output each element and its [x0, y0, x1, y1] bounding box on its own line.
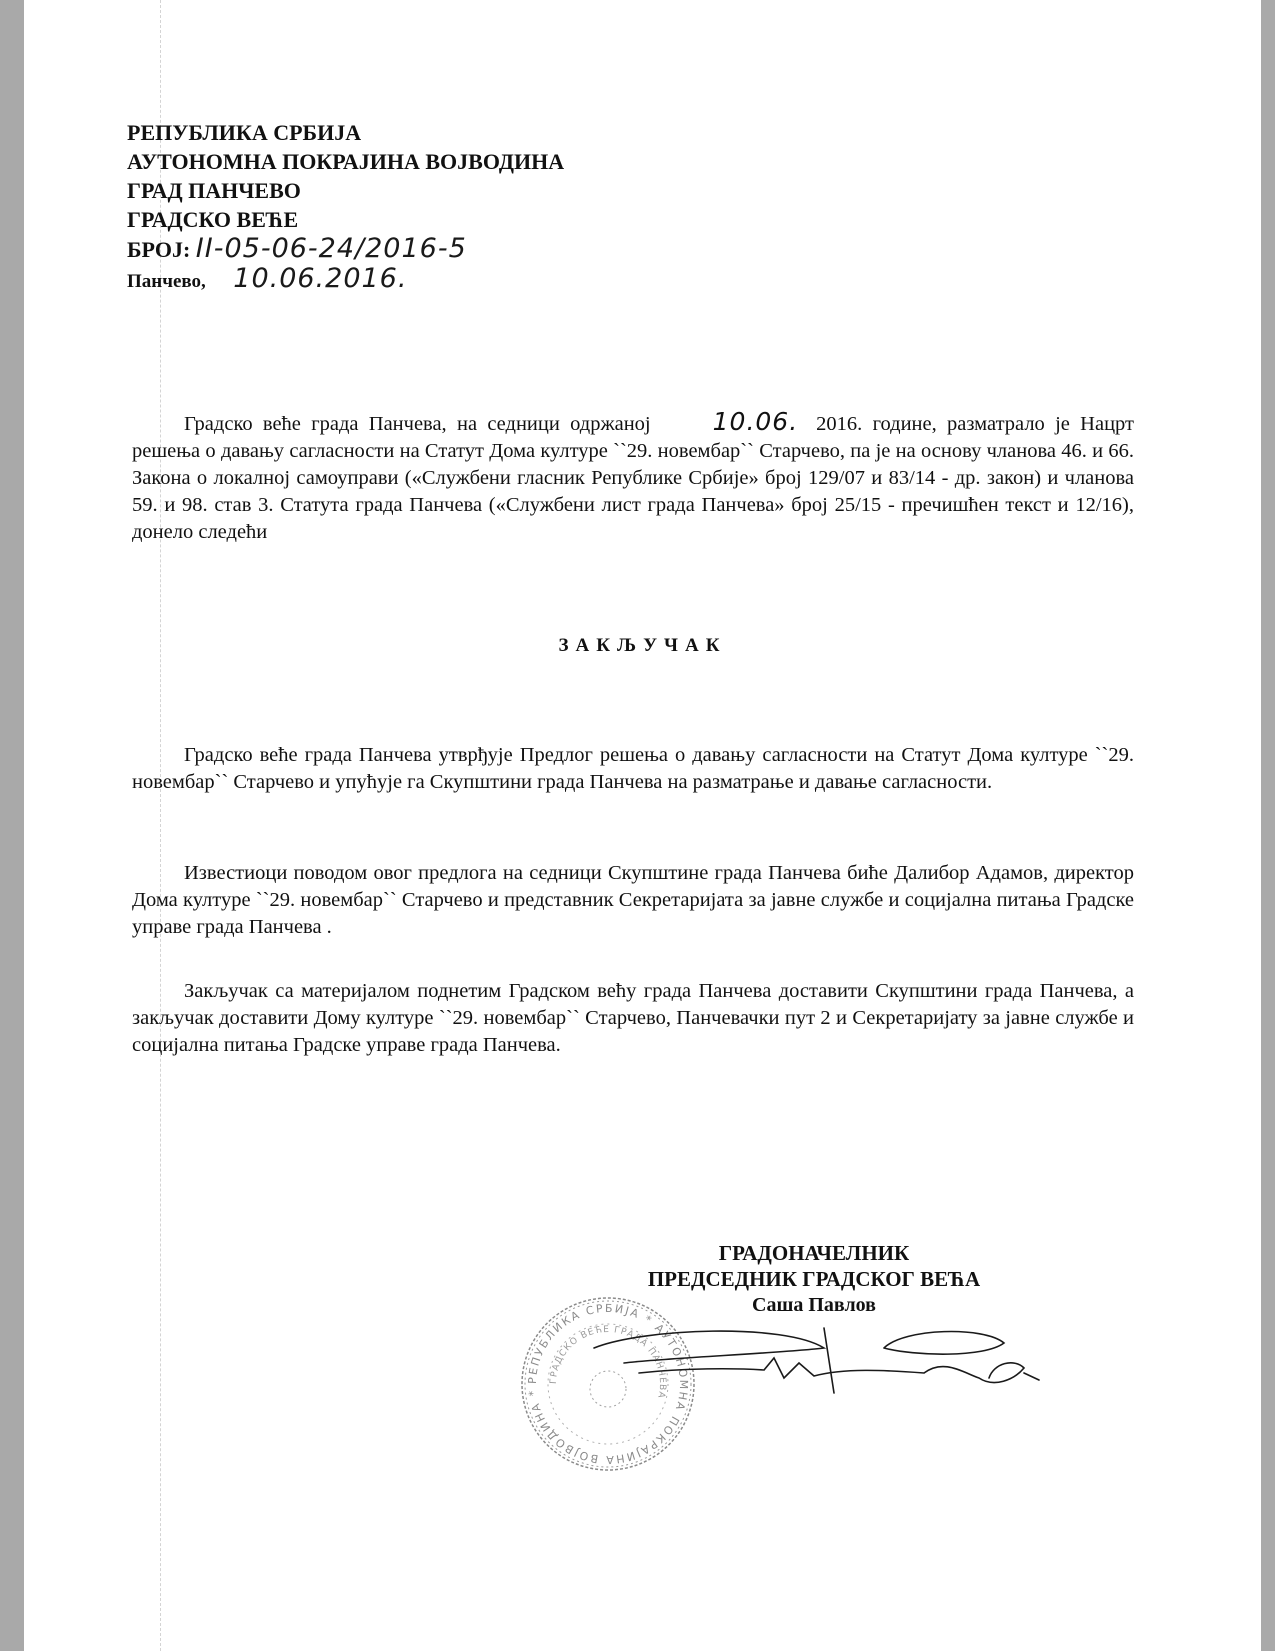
handwritten-session-date: 10.06.	[661, 408, 799, 435]
place-label: Панчево,	[127, 271, 206, 292]
signatory-title: ГРАДОНАЧЕЛНИК	[604, 1240, 1024, 1266]
paragraph-text: Закључак са материјалом поднетим Градско…	[132, 978, 1134, 1059]
letterhead-line: АУТОНОМНА ПОКРАЈИНА ВОЈВОДИНА	[127, 147, 564, 176]
document-page: РЕПУБЛИКА СРБИЈА АУТОНОМНА ПОКРАЈИНА ВОЈ…	[24, 0, 1261, 1651]
delivery-paragraph: Закључак са материјалом поднетим Градско…	[132, 978, 1134, 1059]
letterhead: РЕПУБЛИКА СРБИЈА АУТОНОМНА ПОКРАЈИНА ВОЈ…	[127, 118, 564, 296]
paragraph-text: Градско веће града Панчева утврђује Пред…	[132, 742, 1134, 796]
paragraph-text: Известиоци поводом овог предлога на седн…	[132, 860, 1134, 941]
document-title: ЗАКЉУЧАК	[24, 635, 1261, 657]
letterhead-line: ГРАД ПАНЧЕВО	[127, 176, 564, 205]
place-date: Панчево, 10.06.2016.	[127, 264, 564, 296]
intro-text-start: Градско веће града Панчева, на седници о…	[184, 413, 651, 435]
letterhead-line: РЕПУБЛИКА СРБИЈА	[127, 118, 564, 147]
handwritten-signature	[584, 1318, 1044, 1408]
handwritten-date: 10.06.2016.	[233, 263, 407, 294]
conclusion-paragraph: Градско веће града Панчева утврђује Пред…	[132, 742, 1134, 796]
handwritten-number: II-05-06-24/2016-5	[196, 233, 467, 264]
rapporteurs-paragraph: Известиоци поводом овог предлога на седн…	[132, 860, 1134, 941]
letterhead-line: ГРАДСКО ВЕЋЕ	[127, 205, 564, 234]
signatory-title-2: ПРЕДСЕДНИК ГРАДСКОГ ВЕЋА	[604, 1266, 1024, 1292]
number-label: БРОЈ:	[127, 237, 190, 262]
document-number: БРОЈ: II-05-06-24/2016-5	[127, 234, 564, 264]
intro-paragraph: Градско веће града Панчева, на седници о…	[132, 408, 1134, 546]
